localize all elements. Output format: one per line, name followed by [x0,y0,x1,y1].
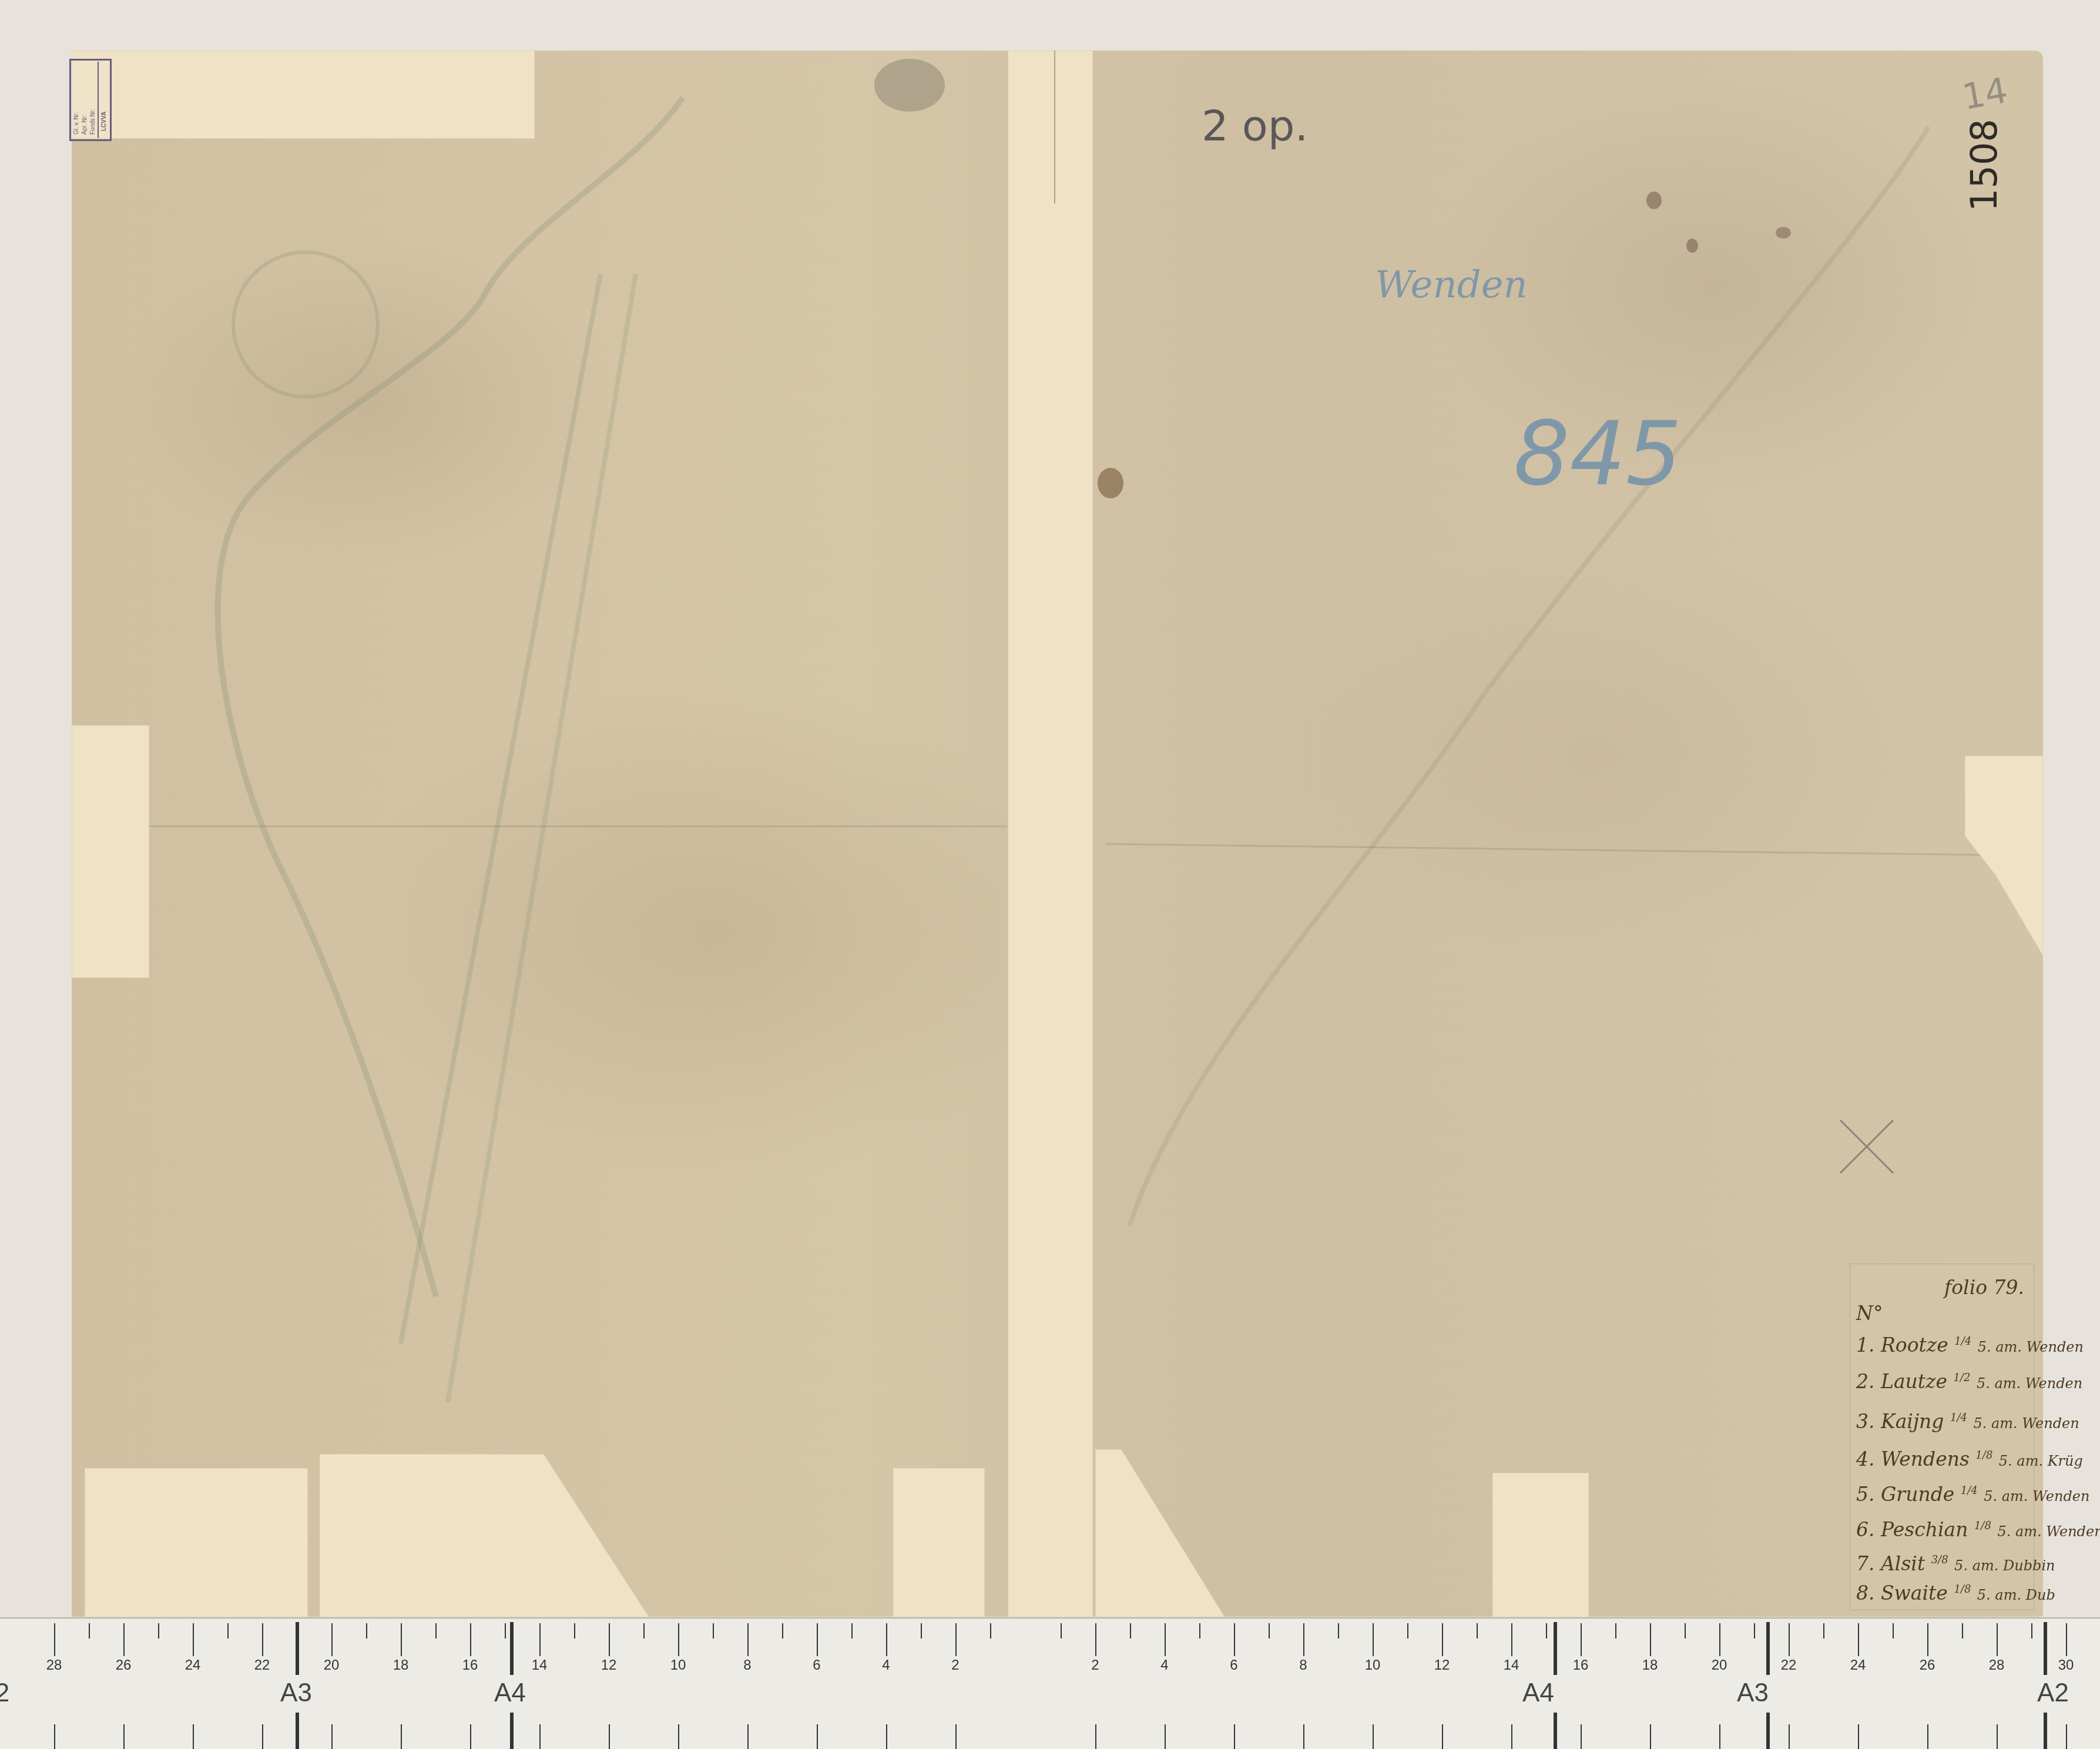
measuring-ruler: 2826242220181614121086422468101214161820… [0,1617,2100,1749]
pencil-corner-number: 14 [1960,70,2011,118]
ink-stain [1098,468,1123,498]
label-entry-2: 2. Lautze 1/2 5. am. Wenden [1856,1370,2082,1393]
blue-pencil-place-name: Wenden [1375,263,1528,307]
ruler-number: 18 [393,1657,409,1674]
repair-tape-top-left [72,51,535,139]
ruler-number: 6 [1230,1657,1237,1674]
ruler-paper-size-a4-right: A4 [1522,1678,1554,1708]
ruler-number: 14 [532,1657,548,1674]
ruler-number: 4 [1160,1657,1168,1674]
ruler-number: 10 [670,1657,686,1674]
ruler-number: 24 [185,1657,201,1674]
stamp-fonds-label: Fonds Nr: [90,64,97,135]
repair-tape-bottom-center [893,1468,985,1617]
ruler-paper-size-a4-left: A4 [494,1678,526,1708]
ink-stain [874,59,945,112]
ruler-number: 8 [1299,1657,1307,1674]
ruler-number: 28 [1989,1657,2005,1674]
ink-inventory-number: 1508 [1963,119,2005,212]
ruler-number: 16 [462,1657,478,1674]
label-entry-6: 6. Peschian 1/8 5. am. Wenden [1856,1518,2100,1541]
label-folio: folio 79. [1944,1276,2024,1299]
ruler-number: 26 [116,1657,132,1674]
ruler-number: 10 [1365,1657,1381,1674]
ruler-paper-size-a3-left: A3 [280,1678,312,1708]
ruler-number: 2 [951,1657,959,1674]
label-entry-8: 8. Swaite 1/8 5. am. Dub [1856,1582,2055,1604]
ruler-number: 8 [743,1657,751,1674]
ruler-number: 22 [254,1657,270,1674]
ink-stain [1776,227,1791,239]
stamp-apr-label: Apr. Nr: [82,64,89,135]
tear-line [1054,51,1055,203]
ruler-paper-size-a2-right: A2 [2037,1678,2069,1708]
ruler-number: 24 [1850,1657,1866,1674]
ruler-edge-label: 2 [0,1678,9,1708]
ruler-number: 18 [1642,1657,1658,1674]
center-hinge-tape [1007,51,1093,1617]
label-number-sign: N° [1856,1302,1883,1325]
handwritten-label-slip: folio 79. N° 1. Rootze 1/4 5. am. Wenden… [1850,1264,2034,1610]
stamp-glv-label: Gl. v. Nr: [73,64,80,135]
label-entry-4: 4. Wendens 1/8 5. am. Krüg [1856,1448,2083,1470]
blue-pencil-number: 845 [1514,403,1682,505]
label-entry-5: 5. Grunde 1/4 5. am. Wenden [1856,1483,2090,1506]
ruler-number: 26 [1920,1657,1935,1674]
ruler-number: 14 [1504,1657,1519,1674]
map-sheet-verso [72,51,2043,1617]
ruler-number: 6 [813,1657,820,1674]
ruler-number: 28 [46,1657,62,1674]
ruler-paper-size-a3-right: A3 [1737,1678,1769,1708]
label-entry-7: 7. Alsit 3/8 5. am. Dubbin [1856,1552,2055,1575]
label-entry-3: 3. Kaijng 1/4 5. am. Wenden [1856,1410,2079,1433]
pencil-x-mark [1834,1114,1899,1179]
ruler-number: 20 [324,1657,340,1674]
ruler-number: 16 [1573,1657,1589,1674]
archive-stamp: LCVVA Fonds Nr: Apr. Nr: Gl. v. Nr: [69,59,112,141]
ink-stain [1646,192,1662,209]
ruler-number: 12 [1434,1657,1450,1674]
repair-tape-bottom-left-1 [85,1468,308,1617]
stamp-institution: LCVVA [101,66,108,131]
repair-tape-left-edge [72,725,149,978]
label-entry-1: 1. Rootze 1/4 5. am. Wenden [1856,1333,2084,1356]
ruler-number: 2 [1091,1657,1099,1674]
ruler-number: 4 [882,1657,890,1674]
ink-stain [1686,239,1698,253]
ruler-number: 20 [1712,1657,1727,1674]
pencil-note-2-op: 2 op. [1202,101,1308,150]
repair-tape-bottom-right [1492,1473,1589,1617]
ruler-number: 22 [1781,1657,1797,1674]
ruler-number: 30 [2058,1657,2074,1674]
ruler-number: 12 [601,1657,617,1674]
